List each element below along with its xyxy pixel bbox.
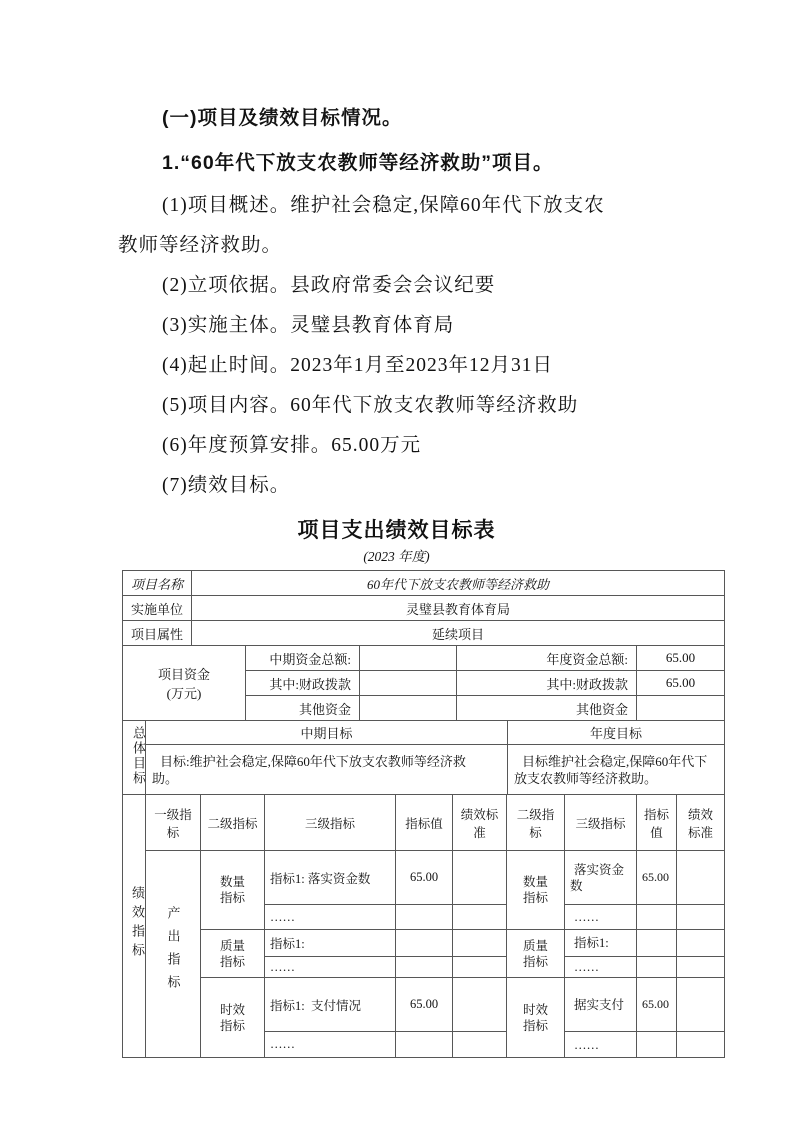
empty-cell xyxy=(677,1032,725,1058)
mid-fiscal-label: 其中:财政拨款 xyxy=(246,671,360,696)
paragraph-content: (5)项目内容。60年代下放支农教师等经济救助 xyxy=(118,386,700,426)
timeliness-ind1-year: 据实支付 xyxy=(565,978,637,1032)
header-value-year: 指标值 xyxy=(637,795,677,851)
mid-other-value xyxy=(360,696,457,721)
table-row: 项目资金 (万元) 中期资金总额: 年度资金总额: 65.00 xyxy=(123,646,725,671)
overall-goal-side-label: 总体目标 xyxy=(123,721,146,795)
implement-unit-label: 实施单位 xyxy=(123,596,192,621)
timeliness-value-mid: 65.00 xyxy=(396,978,453,1032)
paragraph-overview-line2: 教师等经济救助。 xyxy=(118,226,700,266)
timeliness-ellipsis-year: …… xyxy=(565,1032,637,1058)
funding-table: 项目资金 (万元) 中期资金总额: 年度资金总额: 65.00 其中:财政拨款 … xyxy=(122,645,725,721)
mid-fiscal-value xyxy=(360,671,457,696)
quality-label-year: 质量指标 xyxy=(507,930,565,978)
table-row: 产出指标 数量指标 指标1: 落实资金数 65.00 数量指标 落实资金数 65… xyxy=(123,851,725,905)
header-level3-mid: 三级指标 xyxy=(265,795,396,851)
quantity-value-mid: 65.00 xyxy=(396,851,453,905)
timeliness-label-year: 时效指标 xyxy=(507,978,565,1058)
quality-value-mid xyxy=(396,930,453,957)
empty-cell xyxy=(637,957,677,978)
year-other-value xyxy=(637,696,725,721)
header-standard-mid: 绩效标准 xyxy=(453,795,507,851)
empty-cell xyxy=(453,957,507,978)
empty-cell xyxy=(677,957,725,978)
timeliness-ind1-mid: 指标1: 支付情况 xyxy=(265,978,396,1032)
empty-cell xyxy=(396,905,453,930)
implement-unit-value: 灵璧县教育体育局 xyxy=(192,596,725,621)
header-level1: 一级指标 xyxy=(146,795,201,851)
paragraph-performance-goal: (7)绩效目标。 xyxy=(118,466,700,506)
section-heading: (一)项目及绩效目标情况。 xyxy=(118,96,700,141)
project-heading: 1.“60年代下放支农教师等经济救助”项目。 xyxy=(118,141,700,186)
timeliness-standard-mid xyxy=(453,978,507,1032)
paragraph-basis: (2)立项依据。县政府常委会会议纪要 xyxy=(118,266,700,306)
year-other-label: 其他资金 xyxy=(457,696,637,721)
quality-ind1-mid: 指标1: xyxy=(265,930,396,957)
quantity-label-mid: 数量指标 xyxy=(201,851,265,930)
funding-title-cell: 项目资金 (万元) xyxy=(123,646,246,721)
quality-ellipsis-year: …… xyxy=(565,957,637,978)
quality-ind1-year: 指标1: xyxy=(565,930,637,957)
header-level2-year: 二级指标 xyxy=(507,795,565,851)
empty-cell xyxy=(453,905,507,930)
funding-title-line1: 项目资金 xyxy=(158,667,210,682)
project-name-value: 60年代下放支农教师等经济救助 xyxy=(192,571,725,596)
quantity-standard-year xyxy=(677,851,725,905)
info-table: 项目名称 60年代下放支农教师等经济救助 实施单位 灵璧县教育体育局 项目属性 … xyxy=(122,570,725,646)
header-standard-year: 绩效标准 xyxy=(677,795,725,851)
header-level3-year: 三级指标 xyxy=(565,795,637,851)
empty-cell xyxy=(396,1032,453,1058)
quality-standard-mid xyxy=(453,930,507,957)
empty-cell xyxy=(677,905,725,930)
project-attribute-value: 延续项目 xyxy=(192,621,725,646)
timeliness-ellipsis-mid: …… xyxy=(265,1032,396,1058)
paragraph-duration: (4)起止时间。2023年1月至2023年12月31日 xyxy=(118,346,700,386)
quantity-standard-mid xyxy=(453,851,507,905)
table-row: 项目属性 延续项目 xyxy=(123,621,725,646)
mid-total-value xyxy=(360,646,457,671)
year-total-label: 年度资金总额: xyxy=(457,646,637,671)
header-value-mid: 指标值 xyxy=(396,795,453,851)
quality-standard-year xyxy=(677,930,725,957)
quality-label-mid: 质量指标 xyxy=(201,930,265,978)
year-total-value: 65.00 xyxy=(637,646,725,671)
overall-goal-table: 总体目标 中期目标 年度目标 目标:维护社会稳定,保障60年代下放支农教师等经济… xyxy=(122,720,725,795)
paragraph-implementer: (3)实施主体。灵璧县教育体育局 xyxy=(118,306,700,346)
table-row: 项目名称 60年代下放支农教师等经济救助 xyxy=(123,571,725,596)
quality-ellipsis-mid: …… xyxy=(265,957,396,978)
body-text: (一)项目及绩效目标情况。 1.“60年代下放支农教师等经济救助”项目。 (1)… xyxy=(118,0,700,506)
project-attribute-label: 项目属性 xyxy=(123,621,192,646)
table-row: 时效指标 指标1: 支付情况 65.00 时效指标 据实支付 65.00 xyxy=(123,978,725,1032)
year-fiscal-value: 65.00 xyxy=(637,671,725,696)
quantity-value-year: 65.00 xyxy=(637,851,677,905)
table-row: 实施单位 灵璧县教育体育局 xyxy=(123,596,725,621)
timeliness-value-year: 65.00 xyxy=(637,978,677,1032)
paragraph-budget: (6)年度预算安排。65.00万元 xyxy=(118,426,700,466)
header-level2-mid: 二级指标 xyxy=(201,795,265,851)
mid-other-label: 其他资金 xyxy=(246,696,360,721)
document-page: (一)项目及绩效目标情况。 1.“60年代下放支农教师等经济救助”项目。 (1)… xyxy=(0,0,793,1122)
empty-cell xyxy=(637,905,677,930)
timeliness-label-mid: 时效指标 xyxy=(201,978,265,1058)
project-name-label: 项目名称 xyxy=(123,571,192,596)
quantity-ind1-year: 落实资金数 xyxy=(565,851,637,905)
timeliness-standard-year xyxy=(677,978,725,1032)
quantity-ind1-mid: 指标1: 落实资金数 xyxy=(265,851,396,905)
table-title: 项目支出绩效目标表 xyxy=(0,516,793,546)
quality-value-year xyxy=(637,930,677,957)
table-row: 总体目标 中期目标 年度目标 xyxy=(123,721,725,745)
table-row: 目标:维护社会稳定,保障60年代下放支农教师等经济救助。 目标维护社会稳定,保障… xyxy=(123,745,725,795)
empty-cell xyxy=(637,1032,677,1058)
mid-goal-header: 中期目标 xyxy=(146,721,508,745)
quantity-label-year: 数量指标 xyxy=(507,851,565,930)
year-goal-text: 目标维护社会稳定,保障60年代下放支农教师等经济救助。 xyxy=(508,745,725,795)
paragraph-overview-line1: (1)项目概述。维护社会稳定,保障60年代下放支农 xyxy=(118,186,700,226)
mid-total-label: 中期资金总额: xyxy=(246,646,360,671)
empty-cell xyxy=(453,1032,507,1058)
mid-goal-text: 目标:维护社会稳定,保障60年代下放支农教师等经济救助。 xyxy=(146,745,508,795)
indicator-header-row: 绩效指标 一级指标 二级指标 三级指标 指标值 绩效标准 二级指标 三级指标 指… xyxy=(123,795,725,851)
year-goal-header: 年度目标 xyxy=(508,721,725,745)
quantity-ellipsis-mid: …… xyxy=(265,905,396,930)
table-row: 质量指标 指标1: 质量指标 指标1: xyxy=(123,930,725,957)
quantity-ellipsis-year: …… xyxy=(565,905,637,930)
indicator-side-label: 绩效指标 xyxy=(123,795,146,1058)
year-fiscal-label: 其中:财政拨款 xyxy=(457,671,637,696)
empty-cell xyxy=(396,957,453,978)
funding-title-line2: (万元) xyxy=(167,686,202,701)
indicator-table: 绩效指标 一级指标 二级指标 三级指标 指标值 绩效标准 二级指标 三级指标 指… xyxy=(122,794,725,1058)
table-subtitle: (2023 年度) xyxy=(0,546,793,570)
output-indicator-label: 产出指标 xyxy=(146,851,201,1058)
